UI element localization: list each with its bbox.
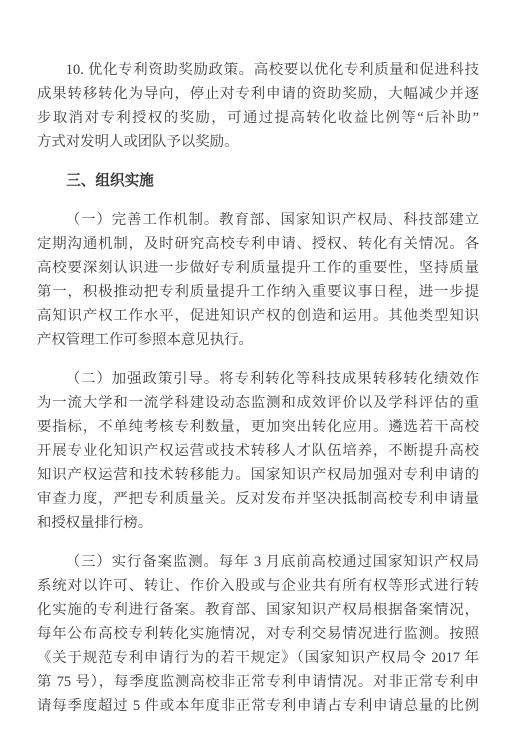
text-line: 《关于规范专利申请行为的若干规定》（国家知识产权局令 2017 年 — [37, 646, 479, 670]
text-line: 要指标，不单纯考核专利数量，更加突出转化应用。遴选若干高校 — [37, 415, 479, 439]
text-line: 审查力度，严把专利质量关。反对发布并坚决抵制高校专利申请量 — [37, 487, 479, 511]
text-line: 为一流大学和一流学科建设动态监测和成效评价以及学科评估的重 — [37, 391, 479, 415]
text-line: 请每季度超过 5 件或本年度非正常专利申请占专利申请总量的比例 — [37, 694, 479, 718]
text-line: 第一，积极推动把专利质量提升工作纳入重要议事日程，进一步提 — [37, 280, 479, 304]
text-line: 成果转移转化为导向，停止对专利申请的资助奖励，大幅减少并逐 — [37, 82, 479, 106]
text-line: 知识产权运营和技术转移能力。国家知识产权局加强对专利申请的 — [37, 463, 479, 487]
text-line: （一）完善工作机制。教育部、国家知识产权局、科技部建立 — [37, 208, 479, 232]
text-line: 每年公布高校专利转化实施情况，对专利交易情况进行监测。按照 — [37, 622, 479, 646]
paragraph-improve-working-mechanism: （一）完善工作机制。教育部、国家知识产权局、科技部建立 定期沟通机制，及时研究高… — [37, 208, 479, 352]
text-line: 和授权量排行榜。 — [37, 511, 479, 535]
paragraph-filing-and-monitoring: （三）实行备案监测。每年 3 月底前高校通过国家知识产权局 系统对以许可、转让、… — [37, 550, 479, 718]
text-line: 高校要深刻认识进一步做好专利质量提升工作的重要性，坚持质量 — [37, 256, 479, 280]
text-line: 第 75 号），每季度监测高校非正常专利申请情况。对非正常专利申 — [37, 670, 479, 694]
text-line: 定期沟通机制，及时研究高校专利申请、授权、转化有关情况。各 — [37, 232, 479, 256]
text-line: 高知识产权工作水平，促进知识产权的创造和运用。其他类型知识 — [37, 304, 479, 328]
section-heading-organization-implementation: 三、组织实施 — [37, 169, 479, 193]
text-line: （三）实行备案监测。每年 3 月底前高校通过国家知识产权局 — [37, 550, 479, 574]
text-line: 10. 优化专利资助奖励政策。高校要以优化专利质量和促进科技 — [37, 58, 479, 82]
paragraph-optimize-subsidy-policy: 10. 优化专利资助奖励政策。高校要以优化专利质量和促进科技 成果转移转化为导向… — [37, 58, 479, 154]
paragraph-strengthen-policy-guidance: （二）加强政策引导。将专利转化等科技成果转移转化绩效作 为一流大学和一流学科建设… — [37, 367, 479, 535]
text-line: 系统对以许可、转让、作价入股或与企业共有所有权等形式进行转 — [37, 574, 479, 598]
text-line: 步取消对专利授权的奖励，可通过提高转化收益比例等“后补助” — [37, 106, 479, 130]
text-line: 化实施的专利进行备案。教育部、国家知识产权局根据备案情况， — [37, 598, 479, 622]
text-line: 开展专业化知识产权运营或技术转移人才队伍培养，不断提升高校 — [37, 439, 479, 463]
document-page: 10. 优化专利资助奖励政策。高校要以优化专利质量和促进科技 成果转移转化为导向… — [0, 0, 516, 737]
heading-text: 三、组织实施 — [37, 169, 479, 193]
text-line: 产权管理工作可参照本意见执行。 — [37, 328, 479, 352]
text-line: 方式对发明人或团队予以奖励。 — [37, 130, 479, 154]
text-line: （二）加强政策引导。将专利转化等科技成果转移转化绩效作 — [37, 367, 479, 391]
